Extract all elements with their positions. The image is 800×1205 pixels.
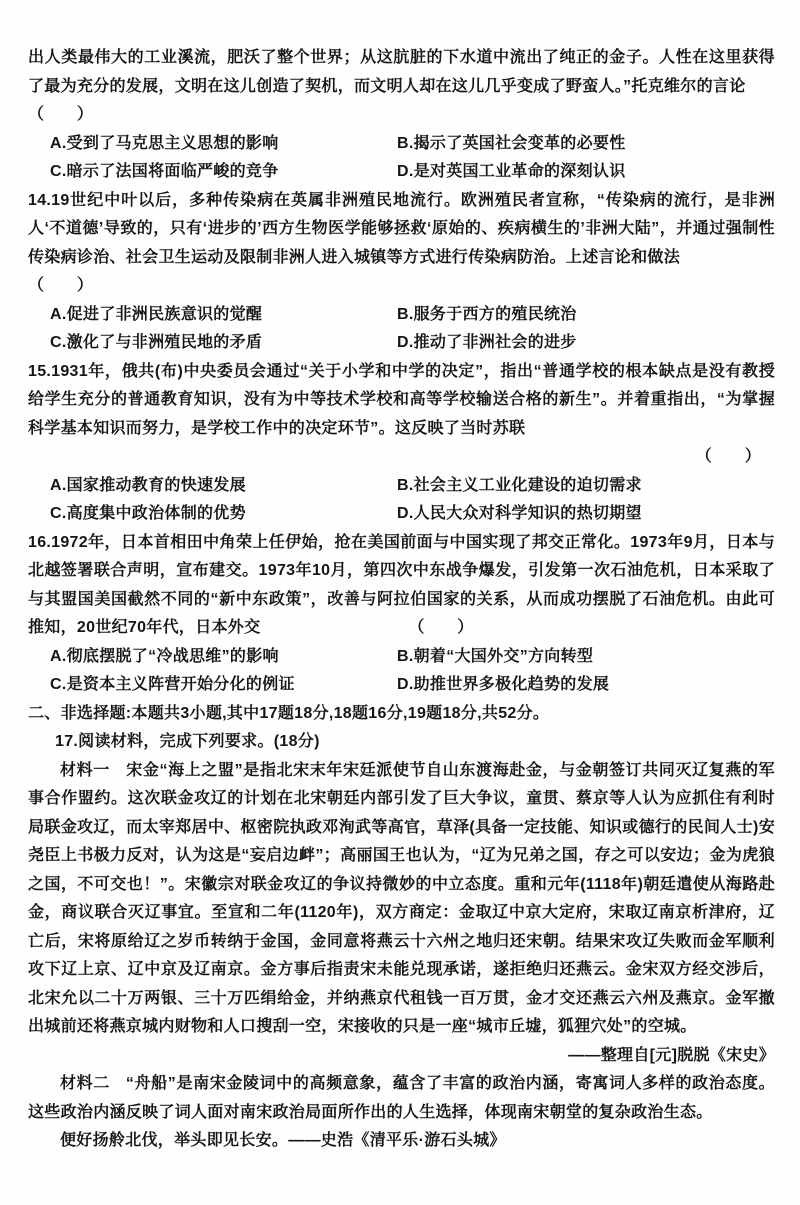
question-17: 17.阅读材料，完成下列要求。(18分) 材料一宋金“海上之盟”是指北宋末年宋廷… bbox=[28, 728, 775, 1156]
question-14-stem: 14.19世纪中叶以后，多种传染病在英属非洲殖民地流行。欧洲殖民者宣称，“传染病… bbox=[28, 187, 775, 273]
question-16-options: A.彻底摆脱了“冷战思维”的影响 B.朝着“大国外交”方向转型 C.是资本主义阵… bbox=[50, 643, 775, 700]
question-16-stem-text: 16.1972年，日本首相田中角荣上任伊始，抢在美国前面与中国实现了邦交正常化。… bbox=[28, 534, 775, 637]
option-d: D.是对英国工业革命的深刻认识 bbox=[397, 158, 775, 187]
question-13: 出人类最伟大的工业溪流，肥沃了整个世界；从这肮脏的下水道中流出了纯正的金子。人性… bbox=[28, 44, 775, 187]
question-15-answer-bracket: （ ） bbox=[28, 443, 775, 472]
option-c: C.高度集中政治体制的优势 bbox=[50, 500, 397, 529]
option-b: B.揭示了英国社会变革的必要性 bbox=[397, 130, 775, 159]
option-d: D.助推世界多极化趋势的发展 bbox=[397, 671, 775, 700]
question-13-answer-bracket: （ ） bbox=[28, 101, 775, 130]
question-15-stem: 15.1931年，俄共(布)中央委员会通过“关于小学和中学的决定”，指出“普通学… bbox=[28, 358, 775, 444]
option-a: A.受到了马克思主义思想的影响 bbox=[50, 130, 397, 159]
option-a: A.国家推动教育的快速发展 bbox=[50, 472, 397, 501]
exam-page: 出人类最伟大的工业溪流，肥沃了整个世界；从这肮脏的下水道中流出了纯正的金子。人性… bbox=[0, 0, 800, 1205]
question-15-options: A.国家推动教育的快速发展 B.社会主义工业化建设的迫切需求 C.高度集中政治体… bbox=[50, 472, 775, 529]
section-2-heading: 二、非选择题:本题共3小题,其中17题18分,18题16分,19题18分,共52… bbox=[28, 700, 775, 729]
question-14-options: A.促进了非洲民族意识的觉醒 B.服务于西方的殖民统治 C.激化了与非洲殖民地的… bbox=[50, 301, 775, 358]
option-a: A.彻底摆脱了“冷战思维”的影响 bbox=[50, 643, 397, 672]
question-17-title: 17.阅读材料，完成下列要求。(18分) bbox=[28, 728, 775, 757]
option-b: B.朝着“大国外交”方向转型 bbox=[397, 643, 775, 672]
question-15: 15.1931年，俄共(布)中央委员会通过“关于小学和中学的决定”，指出“普通学… bbox=[28, 358, 775, 529]
question-13-stem: 出人类最伟大的工业溪流，肥沃了整个世界；从这肮脏的下水道中流出了纯正的金子。人性… bbox=[28, 44, 775, 101]
question-17-material-1: 材料一宋金“海上之盟”是指北宋末年宋廷派使节自山东渡海赴金，与金朝签订共同灭辽复… bbox=[28, 757, 775, 1042]
question-16-stem: 16.1972年，日本首相田中角荣上任伊始，抢在美国前面与中国实现了邦交正常化。… bbox=[28, 529, 775, 643]
question-13-options: A.受到了马克思主义思想的影响 B.揭示了英国社会变革的必要性 C.暗示了法国将… bbox=[50, 130, 775, 187]
option-c: C.是资本主义阵营开始分化的例证 bbox=[50, 671, 397, 700]
material-1-label: 材料一 bbox=[60, 762, 110, 779]
question-16: 16.1972年，日本首相田中角荣上任伊始，抢在美国前面与中国实现了邦交正常化。… bbox=[28, 529, 775, 700]
option-c: C.激化了与非洲殖民地的矛盾 bbox=[50, 329, 397, 358]
option-a: A.促进了非洲民族意识的觉醒 bbox=[50, 301, 397, 330]
material-2-text: “舟船”是南宋金陵词中的高频意象，蕴含了丰富的政治内涵，寄寓词人多样的政治态度。… bbox=[28, 1075, 775, 1121]
option-c: C.暗示了法国将面临严峻的竞争 bbox=[50, 158, 397, 187]
material-1-source: ——整理自[元]脱脱《宋史》 bbox=[28, 1042, 775, 1071]
question-14-answer-bracket: （ ） bbox=[28, 272, 775, 301]
option-b: B.服务于西方的殖民统治 bbox=[397, 301, 775, 330]
material-2-poem-quote: 便好扬舲北伐，举头即见长安。——史浩《清平乐·游石头城》 bbox=[28, 1127, 775, 1156]
material-2-label: 材料二 bbox=[60, 1075, 110, 1092]
option-d: D.推动了非洲社会的进步 bbox=[397, 329, 775, 358]
question-17-material-2: 材料二“舟船”是南宋金陵词中的高频意象，蕴含了丰富的政治内涵，寄寓词人多样的政治… bbox=[28, 1070, 775, 1127]
option-d: D.人民大众对科学知识的热切期望 bbox=[397, 500, 775, 529]
question-14: 14.19世纪中叶以后，多种传染病在英属非洲殖民地流行。欧洲殖民者宣称，“传染病… bbox=[28, 187, 775, 358]
material-1-text: 宋金“海上之盟”是指北宋末年宋廷派使节自山东渡海赴金，与金朝签订共同灭辽复燕的军… bbox=[28, 762, 775, 1036]
question-16-answer-bracket: （ ） bbox=[408, 619, 473, 636]
option-b: B.社会主义工业化建设的迫切需求 bbox=[397, 472, 775, 501]
